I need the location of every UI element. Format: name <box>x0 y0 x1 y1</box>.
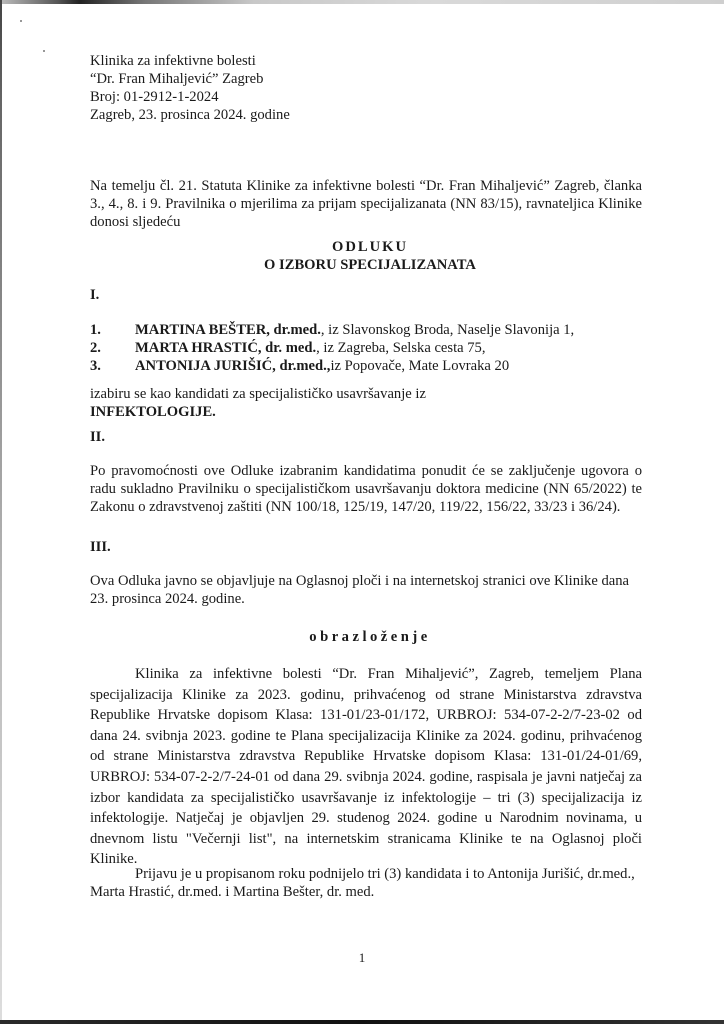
scan-edge-top <box>0 0 724 4</box>
decision-title: ODLUKU O IZBORU SPECIJALIZANATA <box>90 238 650 274</box>
specialty-name: INFEKTOLOGIJE. <box>90 403 642 421</box>
place-date: Zagreb, 23. prosinca 2024. godine <box>90 106 642 124</box>
reference-number: Broj: 01-2912-1-2024 <box>90 88 642 106</box>
title-sub: O IZBORU SPECIJALIZANATA <box>90 256 650 274</box>
reasoning-heading: obrazloženje <box>90 628 650 646</box>
section-1-heading: I. <box>90 286 642 304</box>
candidate-number: 1. <box>90 321 135 339</box>
section-2-heading: II. <box>90 428 642 446</box>
scan-speck <box>43 50 45 52</box>
reasoning-paragraph-1: Klinika za infektivne bolesti “Dr. Fran … <box>90 664 642 870</box>
scan-edge-bottom <box>0 1020 724 1024</box>
reasoning-paragraph-2: Prijavu je u propisanom roku podnijelo t… <box>90 865 642 901</box>
candidate-name: ANTONIJA JURIŠIĆ, dr.med., <box>135 357 330 375</box>
selection-statement: izabiru se kao kandidati za specijalisti… <box>90 385 642 421</box>
institution-subname: “Dr. Fran Mihaljević” Zagreb <box>90 70 642 88</box>
letterhead: Klinika za infektivne bolesti “Dr. Fran … <box>90 52 642 124</box>
scan-edge-left <box>0 0 2 1024</box>
candidate-name: MARTA HRASTIĆ, dr. med. <box>135 339 316 357</box>
candidate-item: 3. ANTONIJA JURIŠIĆ, dr.med., iz Popovač… <box>90 357 642 375</box>
candidate-item: 2. MARTA HRASTIĆ, dr. med. , iz Zagreba,… <box>90 339 642 357</box>
candidate-details: iz Popovače, Mate Lovraka 20 <box>330 357 509 375</box>
scan-speck <box>20 20 22 22</box>
section-3-text: Ova Odluka javno se objavljuje na Oglasn… <box>90 572 642 608</box>
page-number: 1 <box>0 950 724 966</box>
section-2-text: Po pravomoćnosti ove Odluke izabranim ka… <box>90 462 642 516</box>
candidate-number: 3. <box>90 357 135 375</box>
candidate-details: , iz Zagreba, Selska cesta 75, <box>316 339 485 357</box>
institution-name: Klinika za infektivne bolesti <box>90 52 642 70</box>
preamble: Na temelju čl. 21. Statuta Klinike za in… <box>90 177 642 231</box>
candidate-item: 1. MARTINA BEŠTER, dr.med. , iz Slavonsk… <box>90 321 642 339</box>
candidate-number: 2. <box>90 339 135 357</box>
candidate-list: 1. MARTINA BEŠTER, dr.med. , iz Slavonsk… <box>90 321 642 375</box>
selection-text: izabiru se kao kandidati za specijalisti… <box>90 385 642 403</box>
section-3-heading: III. <box>90 538 642 556</box>
candidate-details: , iz Slavonskog Broda, Naselje Slavonija… <box>321 321 574 339</box>
candidate-name: MARTINA BEŠTER, dr.med. <box>135 321 321 339</box>
title-main: ODLUKU <box>90 238 650 256</box>
